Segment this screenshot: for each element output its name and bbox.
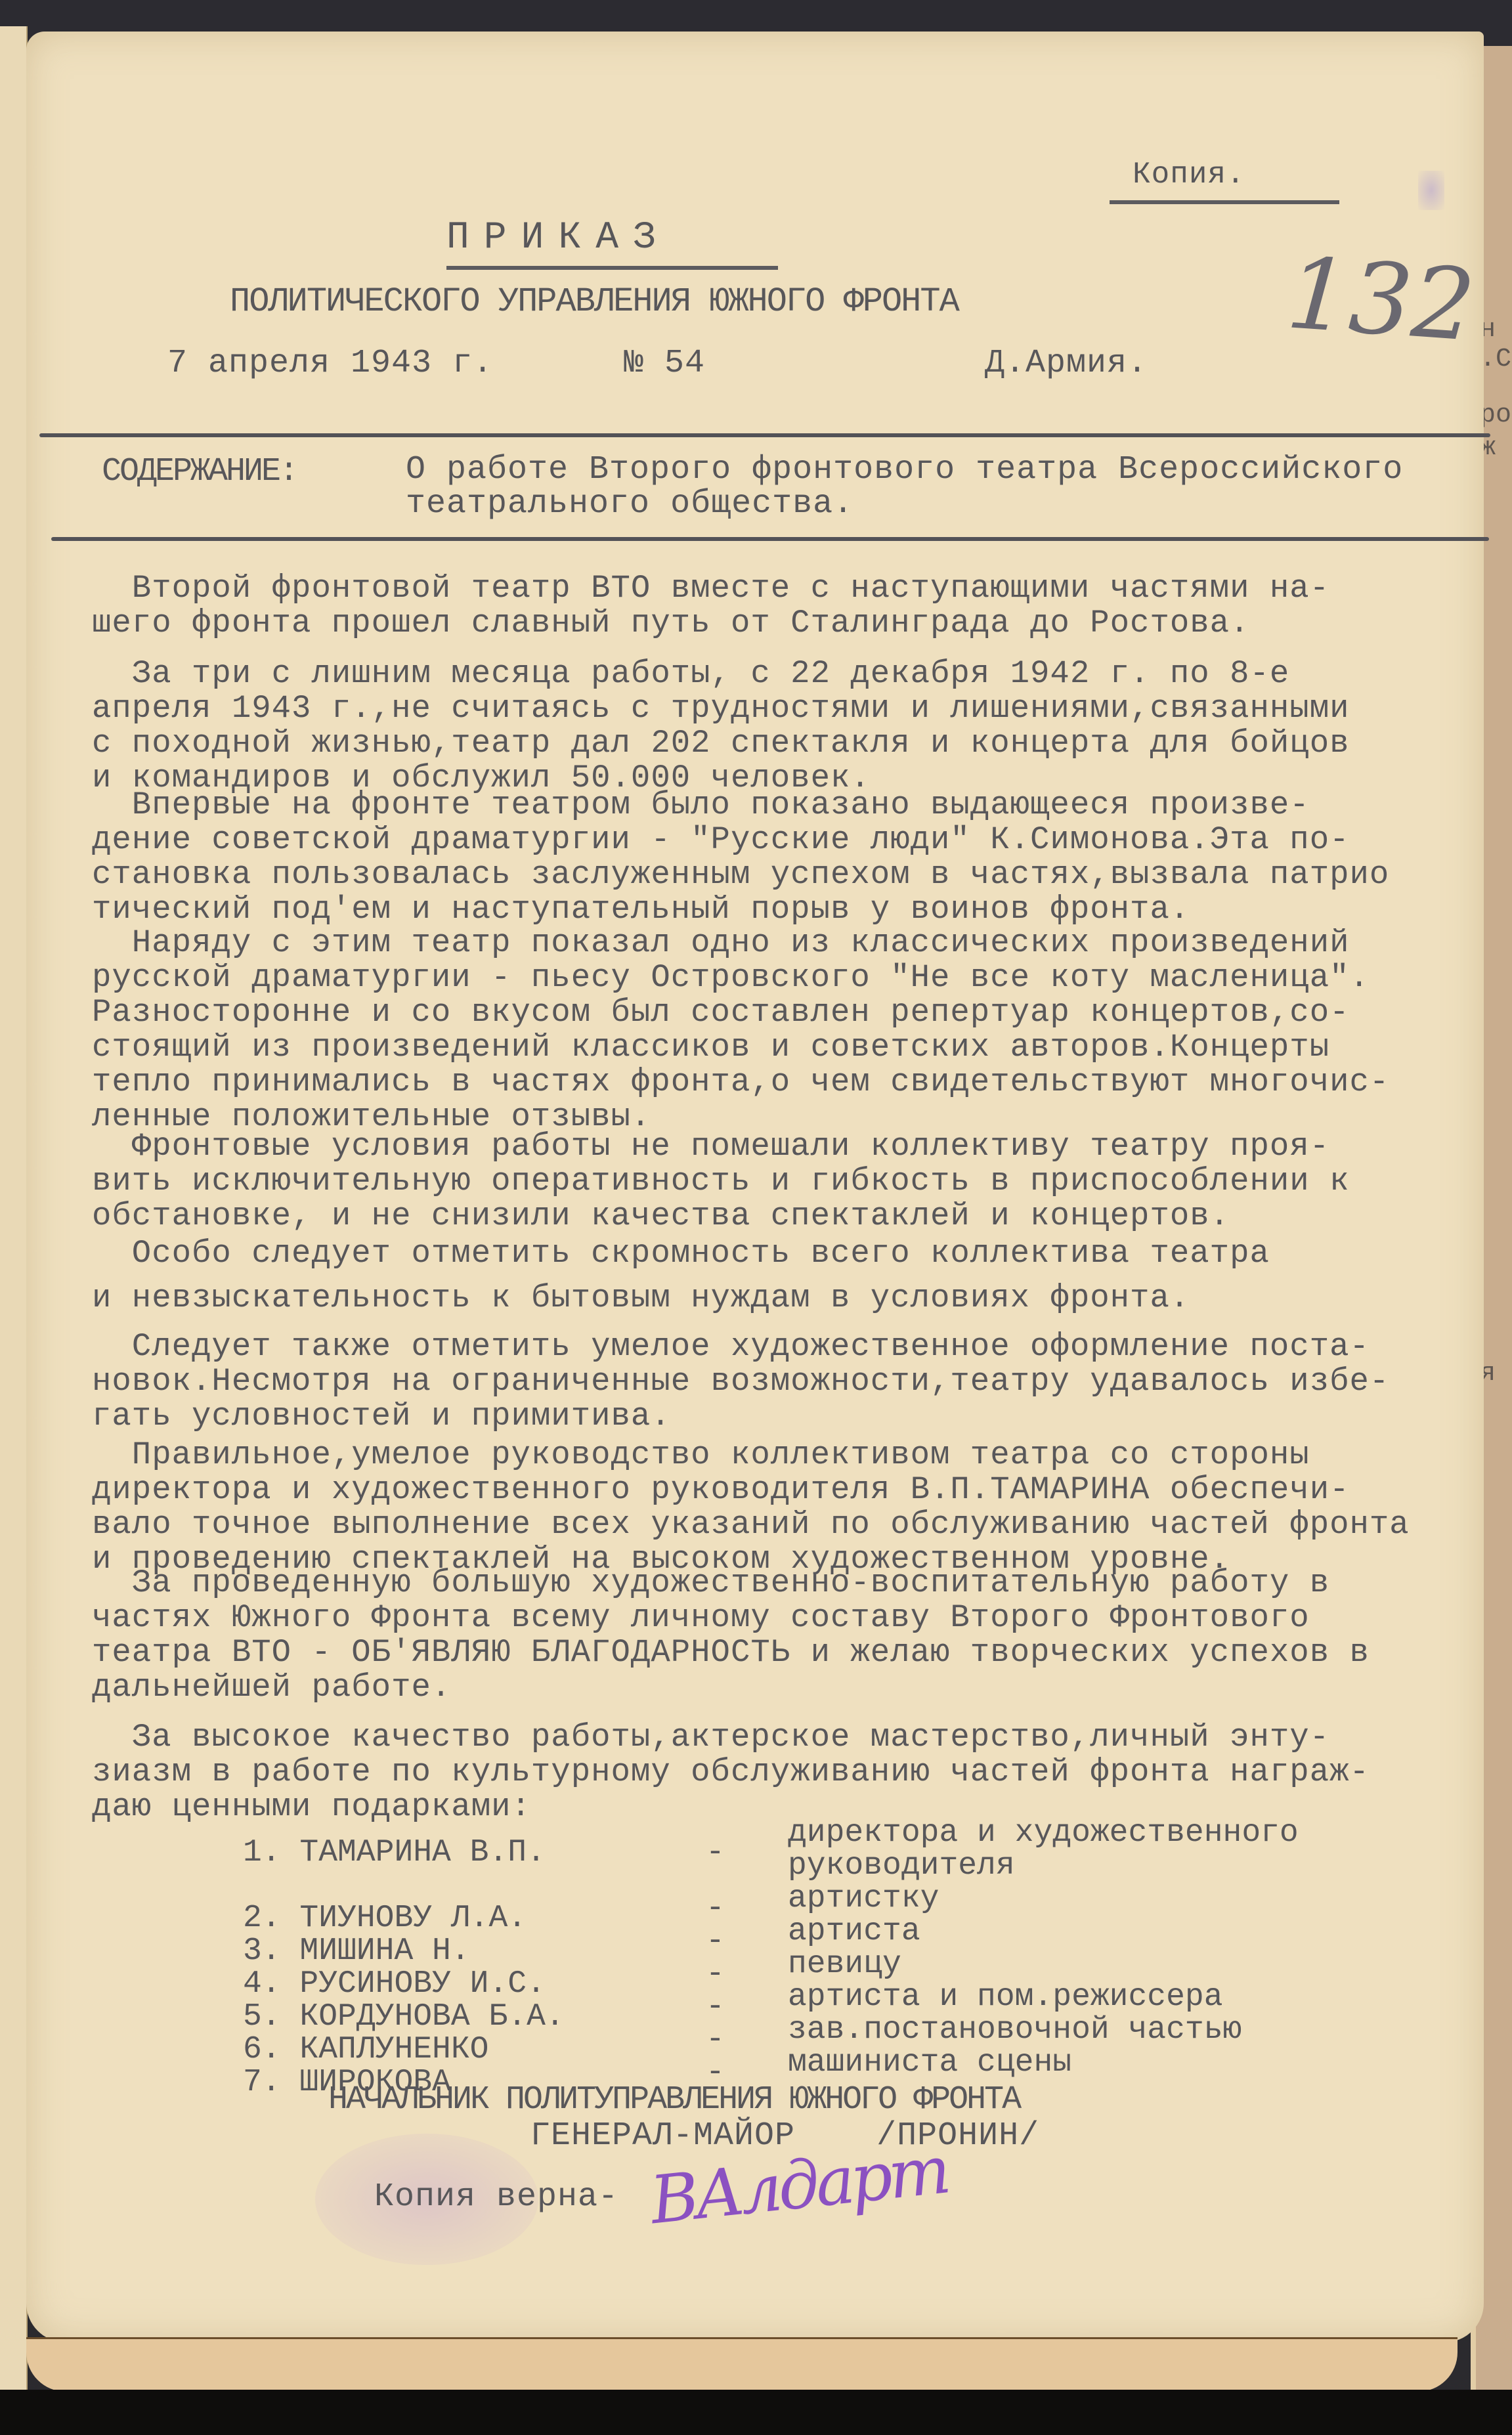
award-role: руководителя (788, 1848, 1015, 1884)
paragraph-6: Особо следует отметить скромность всего … (92, 1231, 1270, 1320)
paragraph-9: За проведенную большую художественно-вос… (92, 1566, 1370, 1705)
copy-mark: Копия. (1133, 158, 1245, 192)
folio-number-handwritten: 132 (1283, 236, 1479, 364)
adjacent-text-fragment: .С (1480, 345, 1511, 374)
document-title: ПРИКАЗ (446, 217, 670, 259)
award-dash: - (706, 1989, 725, 2025)
award-role: машиниста сцены (788, 2045, 1071, 2080)
paragraph-7: Следует также отметить умелое художестве… (92, 1329, 1389, 1434)
award-item: 6. КАПЛУНЕНКО (243, 2032, 488, 2067)
adjacent-text-fragment: ро (1480, 400, 1511, 430)
paragraph-4: Наряду с этим театр показал одно из клас… (92, 926, 1389, 1134)
award-role: зав.постановочной частью (788, 2012, 1242, 2048)
scan-background-bottom (0, 2390, 1512, 2435)
award-item: 4. РУСИНОВУ И.С. (243, 1966, 546, 2002)
award-item: 3. МИШИНА Н. (243, 1933, 470, 1969)
paragraph-5: Фронтовые условия работы не помешали кол… (92, 1129, 1350, 1234)
subject-line: театрального общества. (406, 485, 853, 523)
copy-mark-underline (1110, 200, 1339, 204)
title-underline (446, 266, 778, 270)
previous-page-edge (0, 26, 28, 2390)
order-date: 7 апреля 1943 г. (167, 345, 493, 382)
award-role: артистку (788, 1881, 939, 1916)
paper-torn-bottom (26, 2337, 1458, 2392)
award-role: директора и художественного (788, 1815, 1299, 1851)
paragraph-1: Второй фронтовой театр ВТО вместе с наст… (92, 571, 1329, 641)
paragraph-2: За три с лишним месяца работы, с 22 дека… (92, 657, 1350, 796)
order-location: Д.Армия. (985, 345, 1148, 382)
header-divider-bottom (51, 537, 1489, 541)
subject-text: О работе Второго фронтового театра Всеро… (406, 453, 1403, 521)
paragraph-3: Впервые на фронте театром было показано … (92, 788, 1389, 927)
award-role: артиста (788, 1914, 920, 1949)
award-item: 2. ТИУНОВУ Л.А. (243, 1901, 527, 1936)
signatory-title: НАЧАЛЬНИК ПОЛИТУПРАВЛЕНИЯ ЮЖНОГО ФРОНТА (328, 2081, 1020, 2119)
paragraph-10: За высокое качество работы,актерское мас… (92, 1720, 1370, 1824)
issuing-organization: ПОЛИТИЧЕСКОГО УПРАВЛЕНИЯ ЮЖНОГО ФРОНТА (230, 282, 959, 321)
subject-label: СОДЕРЖАНИЕ: (102, 453, 297, 490)
award-dash: - (706, 1956, 725, 1992)
award-dash: - (706, 1924, 725, 1959)
copy-certified-label: Копия верна- (374, 2178, 618, 2216)
award-role: певицу (788, 1947, 901, 1982)
award-item: 1. ТАМАРИНА В.П. (243, 1835, 546, 1870)
order-number: № 54 (624, 345, 705, 382)
subject-line: О работе Второго фронтового театра Всеро… (406, 451, 1403, 488)
paragraph-8: Правильное,умелое руководство коллективо… (92, 1438, 1410, 1577)
award-dash: - (706, 1835, 725, 1870)
header-divider-top (39, 433, 1490, 437)
award-role: артиста и пом.режиссера (788, 1979, 1223, 2015)
award-dash: - (706, 1891, 725, 1926)
ink-smudge (1418, 171, 1444, 210)
award-dash: - (706, 2022, 725, 2058)
award-item: 5. КОРДУНОВА Б.А. (243, 1999, 565, 2035)
